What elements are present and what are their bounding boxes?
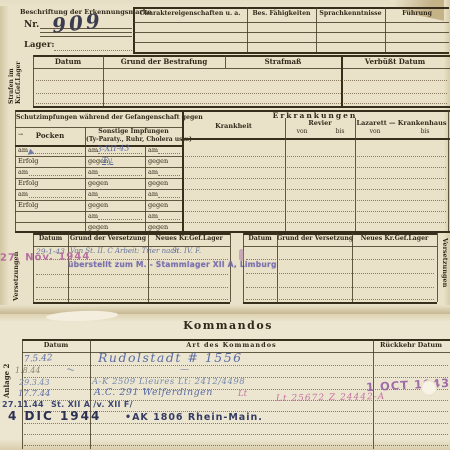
kommando-row-art: Rudolstadt # 1556 <box>98 352 243 365</box>
strafen-side-label-line2: Kr.Gef.Lager <box>15 61 22 104</box>
erkrank-label-bis: bis <box>326 129 354 136</box>
row-dotted-line <box>246 259 434 260</box>
leader-dotted <box>158 175 180 176</box>
impf-label-gegen: gegen <box>88 180 108 187</box>
erkrank-col-revier: Revier <box>285 120 355 127</box>
leader-dotted <box>98 219 142 220</box>
impf-label-gegen: gegen <box>148 180 168 187</box>
row-dotted-line <box>36 80 447 81</box>
versetz-col-datum: Datum <box>33 236 68 243</box>
row-dotted-line <box>36 274 228 275</box>
impf-entry-gegen: Ty. <box>102 157 113 165</box>
table-line <box>15 110 16 231</box>
table-line <box>145 145 146 231</box>
strafen-col-datum: Datum <box>33 58 103 66</box>
kommandos-col-rueckkehr: Rückkehr Datum <box>373 342 449 349</box>
impf-label-am: am <box>18 169 28 176</box>
ditto-mark: — <box>180 366 189 375</box>
kommando-row-datum: 29.3.43 <box>19 379 50 387</box>
kommando-row-art: St. XII A /v. XII F/ <box>51 400 133 409</box>
leader-dotted <box>29 153 82 154</box>
traits-col-header: Bes. Fähigkeiten <box>248 11 315 18</box>
impf-label-gegen: gegen <box>88 224 108 231</box>
row-dotted-line <box>246 287 434 288</box>
pink-note: Lt 25672 Z 24442-A <box>276 393 385 404</box>
impf-label-am: am <box>88 213 98 220</box>
row-dotted-line <box>185 167 446 168</box>
leader-dotted <box>29 197 82 198</box>
ak-1806-stamp: •AK 1806 Rhein-Main. <box>125 413 263 423</box>
erkrank-col-lazarett: Lazarett — Krankenhaus <box>355 120 448 127</box>
kommando-row-art: A.C. 291 Welferdingen <box>94 388 213 398</box>
impf-label-erfolg: Erfolg <box>18 180 38 187</box>
table-line <box>243 246 437 247</box>
erkrank-label-bis: bis <box>410 129 440 136</box>
traits-col-header: Charaktereigenschaften u. a. <box>135 11 245 18</box>
table-line <box>133 22 449 23</box>
impf-label-erfolg: Erfolg <box>18 202 38 209</box>
ink-smudge <box>239 249 244 261</box>
kommandos-col-art: Art des Kommandos <box>90 342 373 349</box>
row-dotted-line <box>185 156 446 157</box>
table-border <box>33 302 230 304</box>
punch-hole <box>421 380 437 396</box>
lager-label: Lager: <box>24 41 54 50</box>
strafen-col-verbuesst: Verbüßt Datum <box>341 58 449 66</box>
table-line <box>243 233 244 302</box>
ueberstellt-stamp: überstellt zum M. - Stammlager XII A, Li… <box>68 261 277 269</box>
table-line <box>277 233 278 302</box>
kommando-row-datum: 27.11.44 <box>2 400 44 409</box>
kommandos-title: Kommandos <box>128 320 328 332</box>
erkrank-label-von: von <box>360 129 390 136</box>
impf-label-am: am <box>18 191 28 198</box>
pow-record-card: Beschriftung der Erkennungsmarke Nr. 909… <box>0 0 450 450</box>
impf-label-am: am <box>148 213 158 220</box>
table-line <box>133 42 449 43</box>
impf-label-am: am <box>88 191 98 198</box>
date-stamp-4-dic-1944: 4 DIC 1944 <box>8 410 101 422</box>
table-line <box>90 339 91 449</box>
table-line <box>355 118 356 231</box>
nr-handwritten-value: 909 <box>51 10 104 35</box>
kommando-row-datum: 1.8.44 <box>15 367 40 375</box>
kommando-row-datum: 7.5.42 <box>24 354 53 364</box>
impf-label-gegen: gegen <box>88 202 108 209</box>
row-dotted-line <box>36 287 228 288</box>
table-line <box>85 127 86 231</box>
impf-title: Schutzimpfungen während der Gefangenscha… <box>16 115 181 122</box>
row-dotted-line <box>185 178 446 179</box>
leader-dotted <box>98 197 142 198</box>
versetzungen-side-label-right: Versetzungen <box>441 238 448 287</box>
table-line <box>448 110 449 231</box>
impf-label-erfolg: Erfolg <box>18 158 38 165</box>
table-border <box>243 302 437 304</box>
impf-col-sonstige: Sonstige Impfungen <box>86 129 181 136</box>
row-dotted-line <box>24 434 448 435</box>
row-dotted-line <box>185 222 446 223</box>
kommando-row-art: A-K 2509 Lieures Lt: 2412/4498 <box>92 378 245 387</box>
kommando-row-datum: 17.7.44 <box>18 390 50 399</box>
leader-dotted <box>98 175 142 176</box>
versetz-col-lager: Neues Kr.Gef.Lager <box>148 236 230 243</box>
impf-label-am: am <box>148 147 158 154</box>
erkrank-col-krankheit: Krankheit <box>182 123 285 130</box>
impf-label-am: am <box>148 191 158 198</box>
impf-label-gegen: gegen <box>148 202 168 209</box>
versetz-entry-lager: St. IV. F. <box>172 248 201 255</box>
impf-entry-date: 3-XII-43 <box>97 144 130 153</box>
kommando-row-typed: 27.11.44 St. XII A /v. XII F/ <box>2 401 133 409</box>
versetz-col-grund: Grund der Versetzung <box>68 236 148 243</box>
row-dotted-line <box>246 299 434 300</box>
table-line <box>33 68 450 69</box>
leader-dotted <box>158 219 180 220</box>
table-line <box>352 233 353 302</box>
anlage-side-label: Anlage 2 <box>3 364 11 398</box>
paper-edge-left <box>0 0 9 312</box>
leader-dotted <box>29 175 82 176</box>
row-dotted-line <box>24 365 448 366</box>
versetz-col-grund: Grund der Versetzung <box>277 236 352 243</box>
impf-label-am: am <box>148 169 158 176</box>
table-border <box>33 106 450 108</box>
strafen-col-strafmass: Strafmaß <box>225 58 341 66</box>
leader-dotted <box>158 153 180 154</box>
table-line <box>133 32 449 33</box>
strafen-side-label: Strafen im Kr.Gef.Lager <box>9 61 23 104</box>
strafen-col-grund: Grund der Bestrafung <box>103 58 225 66</box>
paper-edge-top <box>0 0 450 6</box>
erkrank-label-von: von <box>288 129 316 136</box>
row-dotted-line <box>185 211 446 212</box>
traits-col-header: Sprachkenntnisse <box>317 11 384 18</box>
lager-dotted-line <box>54 50 132 51</box>
leader-dotted <box>158 197 180 198</box>
impf-col-pocken: Pocken <box>15 132 85 140</box>
row-dotted-line <box>36 103 447 104</box>
table-line <box>437 233 438 302</box>
row-dotted-line <box>24 445 448 446</box>
row-dotted-line <box>246 273 434 274</box>
traits-col-header: Führung <box>386 11 448 18</box>
kommando-row-art-extra: Lt <box>238 390 247 399</box>
impf-col-sonstige-sub: (Ty-Paraty., Ruhr, Cholera usw.) <box>86 137 181 144</box>
row-dotted-line <box>36 93 447 94</box>
row-dotted-line <box>36 299 228 300</box>
kommandos-col-datum: Datum <box>22 342 90 349</box>
table-border <box>182 138 450 140</box>
versetz-col-datum: Datum <box>243 236 277 243</box>
nr-label: Nr. <box>24 21 39 31</box>
table-border <box>133 52 449 54</box>
impf-label-gegen: gegen <box>148 224 168 231</box>
versetz-col-lager: Neues Kr.Gef.Lager <box>352 236 437 243</box>
row-dotted-line <box>185 200 446 201</box>
table-line <box>285 118 286 231</box>
table-border <box>133 7 449 9</box>
row-dotted-line <box>24 423 448 424</box>
table-line <box>33 233 34 302</box>
impf-label-am: am <box>88 169 98 176</box>
impf-label-gegen: gegen <box>148 158 168 165</box>
row-dotted-line <box>185 189 446 190</box>
